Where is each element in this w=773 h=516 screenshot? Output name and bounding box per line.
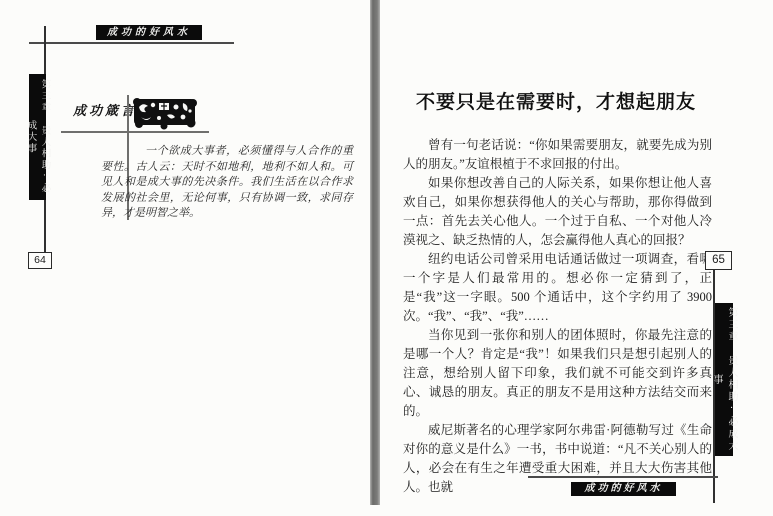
maxim-divider-horizontal: [61, 131, 209, 133]
running-footer-box: 成功的好风水: [571, 482, 676, 496]
running-header-title: 成功的好风水: [107, 27, 191, 38]
chapter-marker-text: 第三章 贵人相助·必成大事: [24, 74, 52, 200]
ornament-seal-image: [131, 95, 198, 130]
article-paragraph: 当你见到一张你和别人的团体照时，你最先注意的是哪一个人？肯定是“我”！如果我们只…: [403, 326, 712, 421]
article-paragraph: 曾有一句老话说：“你如果需要朋友，就要先成为别人的朋友。”友谊根植于不求回报的付…: [403, 136, 712, 174]
page-gutter-shadow: [370, 0, 380, 505]
header-rule: [29, 42, 234, 44]
running-header-box: 成功的好风水: [96, 25, 202, 40]
chapter-sidebar-right: 第三章 贵人相助·必成大事: [715, 303, 733, 456]
chapter-marker-text: 第三章 贵人相助·必成大事: [709, 303, 739, 456]
article-paragraph: 纽约电话公司曾采用电话通话做过一项调查，看哪一个字是人们最常用的。想必你一定猜到…: [403, 250, 712, 326]
article-body: 曾有一句老话说：“你如果需要朋友，就要先成为别人的朋友。”友谊根植于不求回报的付…: [403, 136, 712, 497]
page-number-right: 65: [705, 251, 732, 270]
page-number-left: 64: [28, 252, 52, 269]
maxim-text: 一个欲成大事者，必须懂得与人合作的重要性。古人云：天时不如地利，地利不如人和。可…: [101, 144, 353, 222]
chapter-sidebar-left: 第三章 贵人相助·必成大事: [29, 74, 46, 200]
article-title: 不要只是在需要时，才想起朋友: [400, 87, 712, 114]
article-paragraph: 如果你想改善自己的人际关系，如果你想让他人喜欢自己，如果你想获得他人的关心与帮助…: [403, 174, 712, 250]
running-footer-title: 成功的好风水: [585, 483, 663, 494]
footer-rule: [528, 476, 718, 478]
book-spread: 成功的好风水 第三章 贵人相助·必成大事 成功箴言: [0, 0, 773, 516]
